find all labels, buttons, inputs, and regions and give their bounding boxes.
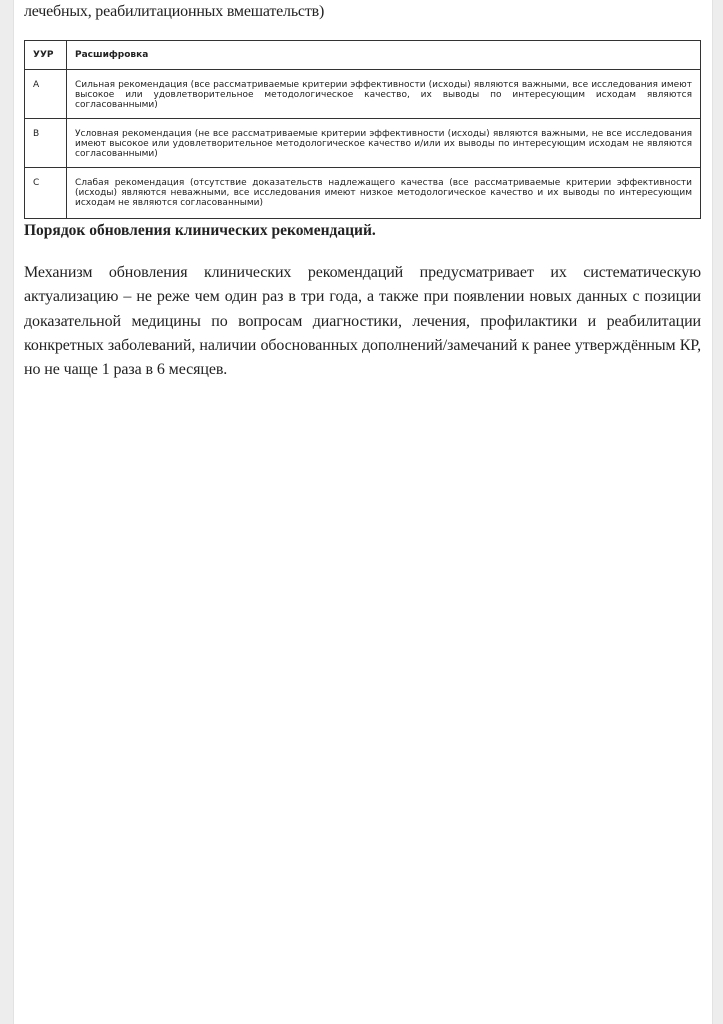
table-row: A Сильная рекомендация (все рассматривае… <box>25 70 701 119</box>
recommendation-levels-table: УУР Расшифровка A Сильная рекомендация (… <box>24 40 701 219</box>
intro-text-line: лечебных, реабилитационных вмешательств) <box>24 2 324 22</box>
description-cell: Условная рекомендация (не все рассматрив… <box>67 119 701 168</box>
column-header-uur: УУР <box>25 41 67 70</box>
description-cell: Слабая рекомендация (отсутствие доказате… <box>67 168 701 219</box>
table-row: C Слабая рекомендация (отсутствие доказа… <box>25 168 701 219</box>
description-cell: Сильная рекомендация (все рассматриваемы… <box>67 70 701 119</box>
body-paragraph: Механизм обновления клинических рекоменд… <box>24 261 701 382</box>
table-row: B Условная рекомендация (не все рассматр… <box>25 119 701 168</box>
level-cell: B <box>25 119 67 168</box>
table-header-row: УУР Расшифровка <box>25 41 701 70</box>
column-header-description: Расшифровка <box>67 41 701 70</box>
level-cell: C <box>25 168 67 219</box>
section-heading: Порядок обновления клинических рекоменда… <box>24 221 376 241</box>
document-page: лечебных, реабилитационных вмешательств)… <box>13 0 713 1024</box>
level-cell: A <box>25 70 67 119</box>
